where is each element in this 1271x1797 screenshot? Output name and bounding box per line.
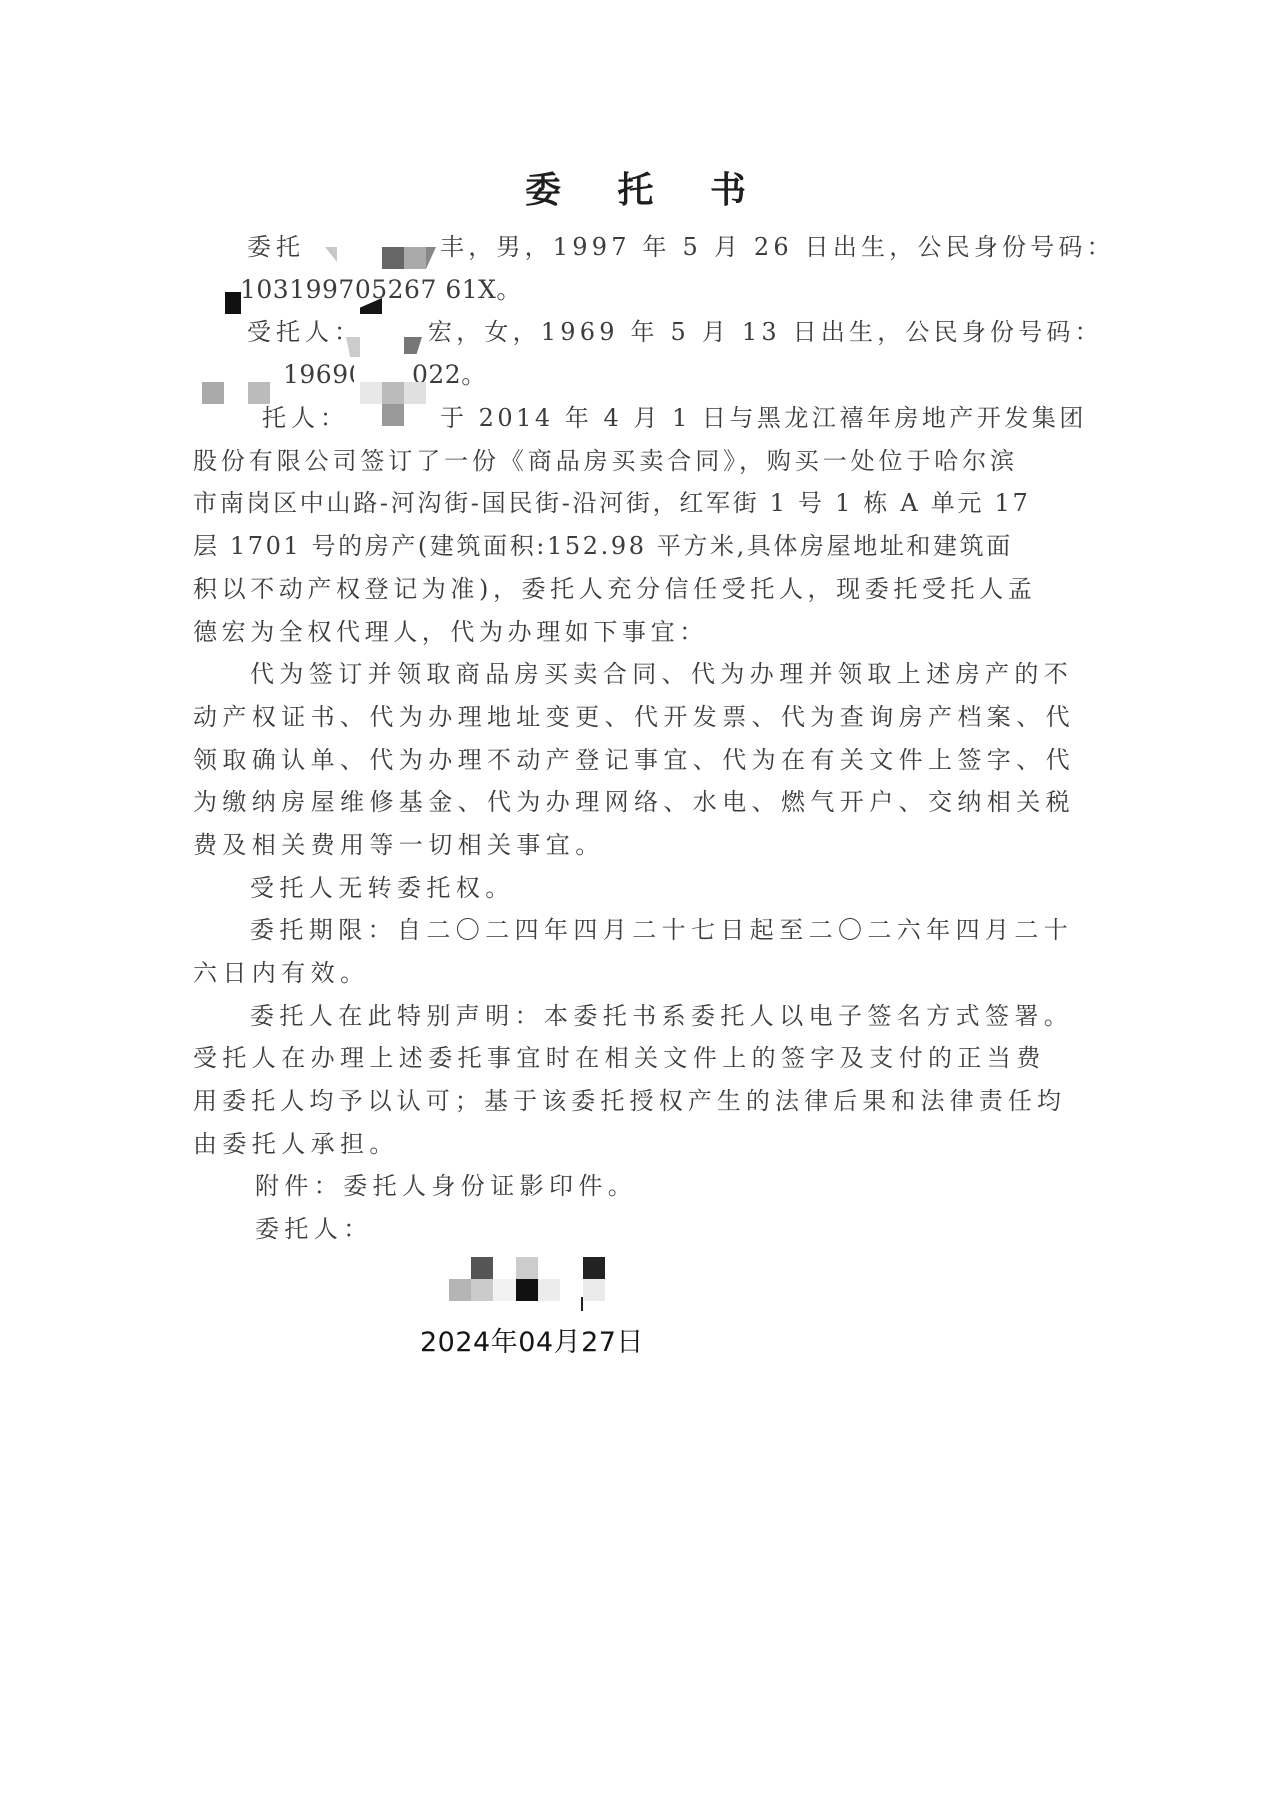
p2-line-3: 领取确认单、代为办理不动产登记事宜、代为在有关文件上签字、代 (193, 740, 1077, 780)
p1-line-5: 积以不动产权登记为准)，委托人充分信任受托人，现委托受托人孟 (193, 569, 1077, 609)
p1-line-2: 股份有限公司签订了一份《商品房买卖合同》，购买一处位于哈尔滨 (193, 441, 1077, 481)
declaration-line-4: 由委托人承担。 (193, 1124, 399, 1164)
p1-principal-label: 托人： (262, 398, 349, 438)
document-page: 委 托 书 委托人 丰，男，1997 年 5 月 26 日出生，公民身份号码： … (0, 0, 1271, 1797)
document-title: 委 托 书 (0, 162, 1271, 213)
p2-line-1: 代为签订并领取商品房买卖合同、代为办理并领取上述房产的不 (250, 654, 1077, 694)
signature-date: 2024年04月27日 (420, 1326, 644, 1360)
p2-line-5: 费及相关费用等一切相关事宜。 (193, 825, 605, 865)
declaration-line-3: 用委托人均予以认可；基于该委托授权产生的法律后果和法律责任均 (193, 1081, 1077, 1121)
declaration-line-2: 受托人在办理上述委托事宜时在相关文件上的签字及支付的正当费 (193, 1038, 1077, 1078)
signer-label: 委托人： (255, 1209, 373, 1249)
p2-line-2: 动产权证书、代为办理地址变更、代开发票、代为查询房产档案、代 (193, 697, 1077, 737)
agent-id-start: 19690 (283, 355, 365, 395)
p1-line-1: 于 2014 年 4 月 1 日与黑龙江禧年房地产开发集团 (440, 398, 1077, 438)
attachment-note: 附件：委托人身份证影印件。 (255, 1166, 637, 1206)
declaration-line-1: 委托人在此特别声明：本委托书系委托人以电子签名方式签署。 (250, 996, 1077, 1036)
agent-details: 宏，女，1969 年 5 月 13 日出生，公民身份号码： (428, 312, 1077, 352)
principal-details: 丰，男，1997 年 5 月 26 日出生，公民身份号码： (440, 227, 1077, 267)
no-subdelegation-clause: 受托人无转委托权。 (250, 868, 515, 908)
p1-line-3: 市南岗区中山路-河沟街-国民街-沿河街，红军街 1 号 1 栋 A 单元 17 (193, 483, 1077, 523)
p2-line-4: 为缴纳房屋维修基金、代为办理网络、水电、燃气开户、交纳相关税 (193, 782, 1077, 822)
term-line-2: 六日内有效。 (193, 953, 369, 993)
p1-line-6: 德宏为全权代理人，代为办理如下事宜： (193, 612, 708, 652)
p1-line-4: 层 1701 号的房产(建筑面积:152.98 平方米,具体房屋地址和建筑面 (193, 526, 1077, 566)
term-line-1: 委托期限：自二〇二四年四月二十七日起至二〇二六年四月二十 (250, 910, 1077, 950)
